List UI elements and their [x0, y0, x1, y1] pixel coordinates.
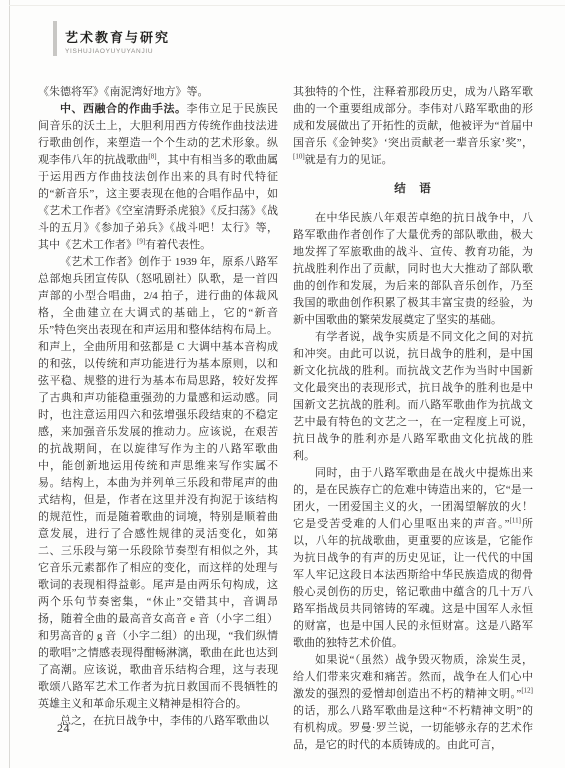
- text-run: 的话，那么八路军歌曲是这种“不朽精神文明”的有机构成。罗曼·罗兰说，一切能够永存…: [293, 705, 533, 751]
- reference-marker: [8]: [148, 152, 156, 160]
- reference-marker: [11]: [510, 516, 521, 524]
- text-run: 《朱德将军》《南泥湾好地方》等。: [38, 86, 209, 98]
- text-run: 其独特的个性，注释着那段历史，成为八路军歌曲的一个重要组成部分。李伟对八路军歌曲…: [293, 86, 533, 149]
- journal-title-pinyin: YISHUJIAOYUYUYANJIU: [65, 47, 170, 56]
- paragraph: 如果说“（虽然）战争毁灭物质，涂炭生灵，给人们带来灾难和痛苦。然而，战争在人们心…: [293, 652, 533, 754]
- section-heading: 结 语: [293, 181, 533, 198]
- paragraph: 其独特的个性，注释着那段历史，成为八路军歌曲的一个重要组成部分。李伟对八路军歌曲…: [293, 84, 533, 169]
- text-run: 总之，在抗日战争中，李伟的八路军歌曲以: [60, 715, 269, 727]
- journal-title: 艺术教育与研究: [65, 21, 170, 47]
- reference-marker: [12]: [521, 686, 533, 694]
- right-column: 其独特的个性，注释着那段历史，成为八路军歌曲的一个重要组成部分。李伟对八路军歌曲…: [293, 84, 533, 754]
- paragraph-lead-bold: 中、西融合的作曲手法。: [60, 103, 187, 115]
- paragraph: 总之，在抗日战争中，李伟的八路军歌曲以: [38, 713, 278, 730]
- journal-page: 艺术教育与研究 YISHUJIAOYUYUYANJIU 《朱德将军》《南泥湾好地…: [0, 0, 565, 768]
- left-column: 《朱德将军》《南泥湾好地方》等。中、西融合的作曲手法。李伟立足于民族民间音乐的沃…: [38, 84, 278, 754]
- paragraph: 在中华民族八年艰苦卓绝的抗日战争中，八路军歌曲作者创作了大量优秀的部队歌曲，极大…: [293, 210, 533, 329]
- paragraph: 《艺术工作者》创作于 1939 年，原系八路军总部炮兵团宣传队（怒吼剧社）队歌，…: [38, 254, 278, 713]
- text-run: 《艺术工作者》创作于 1939 年，原系八路军总部炮兵团宣传队（怒吼剧社）队歌，…: [38, 256, 278, 710]
- text-run: 就是有力的见证。: [305, 154, 393, 166]
- text-run: 在中华民族八年艰苦卓绝的抗日战争中，八路军歌曲作者创作了大量优秀的部队歌曲，极大…: [293, 212, 533, 326]
- text-run: 有学者说，战争实质是不同文化之间的对抗和冲突。由此可以说，抗日战争的胜利，是中国…: [293, 331, 533, 462]
- scan-edge-top: [9, 5, 565, 6]
- scan-edge-left: [9, 0, 10, 768]
- text-run: 同时，由于八路军歌曲是在战火中提炼出来的，是在民族存亡的危难中铸造出来的，它“是…: [293, 467, 533, 530]
- text-run: 结 语: [394, 183, 432, 195]
- text-run: 如果说“（虽然）战争毁灭物质，涂炭生灵，给人们带来灾难和痛苦。然而，战争在人们心…: [293, 654, 533, 700]
- text-run: 有着代表性。: [145, 239, 211, 251]
- paragraph: 同时，由于八路军歌曲是在战火中提炼出来的，是在民族存亡的危难中铸造出来的，它“是…: [293, 465, 533, 652]
- text-run: 所以，八年的抗战歌曲，更重要的应该是，它能作为抗日战争的有声的历史见证，让一代代…: [293, 518, 533, 649]
- reference-marker: [9]: [137, 237, 145, 245]
- paragraph: 有学者说，战争实质是不同文化之间的对抗和冲突。由此可以说，抗日战争的胜利，是中国…: [293, 329, 533, 465]
- journal-logo: 艺术教育与研究 YISHUJIAOYUYUYANJIU: [65, 21, 170, 56]
- journal-header: 艺术教育与研究 YISHUJIAOYUYUYANJIU: [53, 21, 170, 56]
- reference-marker: [10]: [293, 152, 305, 160]
- paragraph: 中、西融合的作曲手法。李伟立足于民族民间音乐的沃土上，大胆利用西方传统作曲技法进…: [38, 101, 278, 254]
- text-run: ，其中有相当多的歌曲属于运用西方作曲技法创作出来的具有时代特征的“新音乐”，这主…: [38, 154, 278, 251]
- paragraph: 《朱德将军》《南泥湾好地方》等。: [38, 84, 278, 101]
- article-body: 《朱德将军》《南泥湾好地方》等。中、西融合的作曲手法。李伟立足于民族民间音乐的沃…: [38, 84, 533, 754]
- header-accent-bar: [53, 21, 57, 56]
- page-number: 24: [57, 721, 70, 736]
